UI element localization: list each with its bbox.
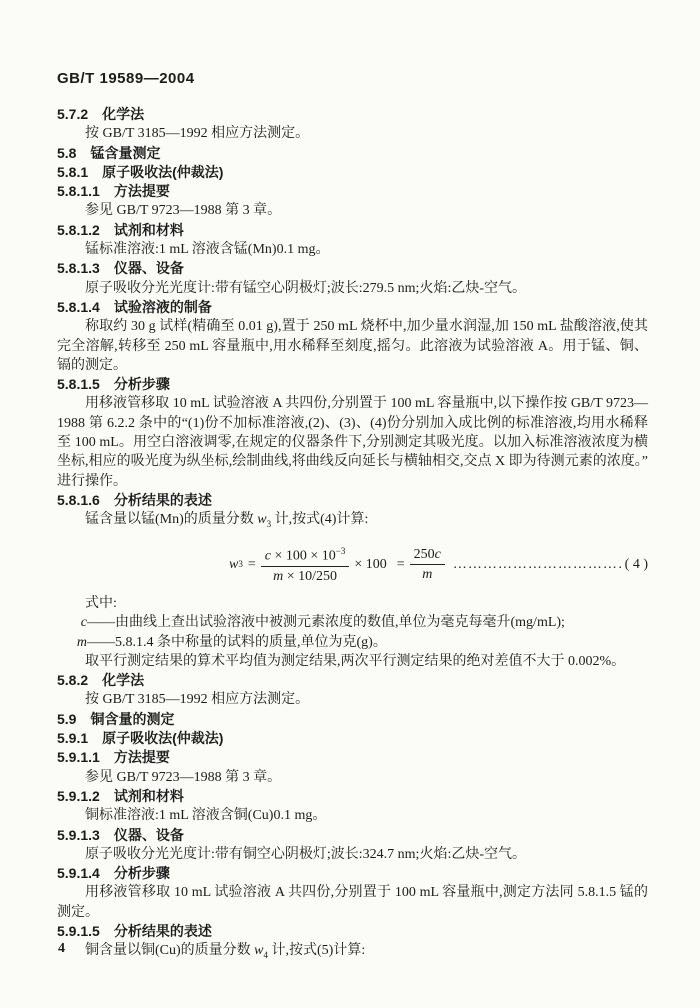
- text-run: 计,按式(5)计算:: [268, 943, 365, 958]
- variable-w: w: [229, 555, 238, 574]
- variable-m: m: [57, 633, 87, 652]
- fraction-denominator: m: [410, 564, 445, 583]
- paragraph: 按 GB/T 3185—1992 相应方法测定。: [57, 124, 648, 143]
- paragraph: 取平行测定结果的算术平均值为测定结果,两次平行测定结果的绝对差值不大于 0.00…: [57, 652, 648, 671]
- page-number: 4: [58, 941, 65, 957]
- symbol-definition-c: c——由曲线上查出试验溶液中被测元素浓度的数值,单位为毫克每毫升(mg/mL);: [57, 613, 648, 632]
- section-heading-5-8-1: 5.8.1 原子吸收法(仲裁法): [57, 163, 648, 182]
- section-heading-5-9-1-3: 5.9.1.3 仪器、设备: [57, 826, 648, 845]
- variable-c: c: [435, 547, 441, 562]
- section-heading-5-9-1: 5.9.1 原子吸收法(仲裁法): [57, 729, 648, 748]
- section-heading-5-8-1-4: 5.8.1.4 试验溶液的制备: [57, 298, 648, 317]
- section-heading-5-8-1-5: 5.8.1.5 分析步骤: [57, 375, 648, 394]
- paragraph: 称取约 30 g 试样(精确至 0.01 g),置于 250 mL 烧杯中,加少…: [57, 317, 648, 375]
- paragraph: 用移液管移取 10 mL 试验溶液 A 共四份,分别置于 100 mL 容量瓶中…: [57, 883, 648, 922]
- definition-text: 由曲线上查出试验溶液中被测元素浓度的数值,单位为毫克每毫升(mg/mL);: [115, 615, 565, 630]
- fraction-numerator: c × 100 × 10−3: [261, 543, 350, 566]
- variable-c: c: [57, 613, 87, 632]
- definition-text: 5.8.1.4 条中称量的试料的质量,单位为克(g)。: [115, 635, 387, 650]
- paragraph: 原子吸收分光光度计:带有铜空心阴极灯;波长:324.7 nm;火焰:乙炔-空气。: [57, 845, 648, 864]
- section-heading-5-9: 5.9 铜含量的测定: [57, 710, 648, 729]
- section-heading-5-9-1-4: 5.9.1.4 分析步骤: [57, 864, 648, 883]
- paragraph: 按 GB/T 3185—1992 相应方法测定。: [57, 690, 648, 709]
- section-heading-5-8-2: 5.8.2 化学法: [57, 671, 648, 690]
- paragraph-formula-intro: 锰含量以锰(Mn)的质量分数 w3 计,按式(4)计算:: [57, 510, 648, 534]
- text-run: × 10/250: [283, 569, 337, 584]
- section-heading-5-9-1-2: 5.9.1.2 试剂和材料: [57, 787, 648, 806]
- section-heading-5-7-2: 5.7.2 化学法: [57, 105, 648, 124]
- paragraph: 用移液管移取 10 mL 试验溶液 A 共四份,分别置于 100 mL 容量瓶中…: [57, 394, 648, 490]
- section-heading-5-8-1-6: 5.8.1.6 分析结果的表述: [57, 491, 648, 510]
- section-heading-5-9-1-5: 5.9.1.5 分析结果的表述: [57, 922, 648, 941]
- paragraph: 铜标准溶液:1 mL 溶液含铜(Cu)0.1 mg。: [57, 806, 648, 825]
- equation-4: w3 = c × 100 × 10−3 m × 10/250 × 100 = 2…: [57, 543, 648, 585]
- dot-leader: ………………………………………………: [453, 555, 623, 574]
- section-heading-5-8: 5.8 锰含量测定: [57, 144, 648, 163]
- exponent: −3: [336, 546, 346, 556]
- section-heading-5-8-1-1: 5.8.1.1 方法提要: [57, 182, 648, 201]
- paragraph: 原子吸收分光光度计:带有锰空心阴极灯;波长:279.5 nm;火焰:乙炔-空气。: [57, 279, 648, 298]
- em-dash: ——: [87, 635, 115, 650]
- variable-w: w: [257, 512, 266, 527]
- fraction-result: 250c m: [410, 546, 445, 583]
- standard-code: GB/T 19589—2004: [57, 70, 195, 87]
- paragraph: 参见 GB/T 9723—1988 第 3 章。: [57, 768, 648, 787]
- fraction: c × 100 × 10−3 m × 10/250: [261, 543, 350, 585]
- variable-m: m: [273, 569, 283, 584]
- equation-expression: w3 = c × 100 × 10−3 m × 10/250 × 100 = 2…: [229, 543, 445, 585]
- variable-w: w: [254, 943, 263, 958]
- text-run: 铜含量以铜(Cu)的质量分数: [85, 943, 254, 958]
- symbol-definition-m: m——5.8.1.4 条中称量的试料的质量,单位为克(g)。: [57, 633, 648, 652]
- equals-sign: =: [243, 555, 261, 574]
- text-run: × 100 × 10: [271, 549, 336, 564]
- paragraph: 锰标准溶液:1 mL 溶液含锰(Mn)0.1 mg。: [57, 240, 648, 259]
- variable-m: m: [422, 567, 432, 582]
- text-run: 锰含量以锰(Mn)的质量分数: [85, 512, 257, 527]
- text-run: 250: [414, 547, 435, 562]
- document-body: 5.7.2 化学法 按 GB/T 3185—1992 相应方法测定。 5.8 锰…: [57, 105, 648, 965]
- paragraph: 参见 GB/T 9723—1988 第 3 章。: [57, 201, 648, 220]
- paragraph-where: 式中:: [57, 594, 648, 613]
- fraction-numerator: 250c: [410, 546, 445, 564]
- paragraph-formula-intro: 铜含量以铜(Cu)的质量分数 w4 计,按式(5)计算:: [57, 941, 648, 965]
- equals-sign: =: [392, 555, 410, 574]
- section-heading-5-8-1-2: 5.8.1.2 试剂和材料: [57, 221, 648, 240]
- fraction-denominator: m × 10/250: [261, 566, 350, 585]
- times-100: × 100: [349, 555, 391, 574]
- section-heading-5-8-1-3: 5.8.1.3 仪器、设备: [57, 259, 648, 278]
- text-run: 计,按式(4)计算:: [271, 512, 368, 527]
- equation-number: ( 4 ): [625, 555, 648, 574]
- em-dash: ——: [87, 615, 115, 630]
- section-heading-5-9-1-1: 5.9.1.1 方法提要: [57, 748, 648, 767]
